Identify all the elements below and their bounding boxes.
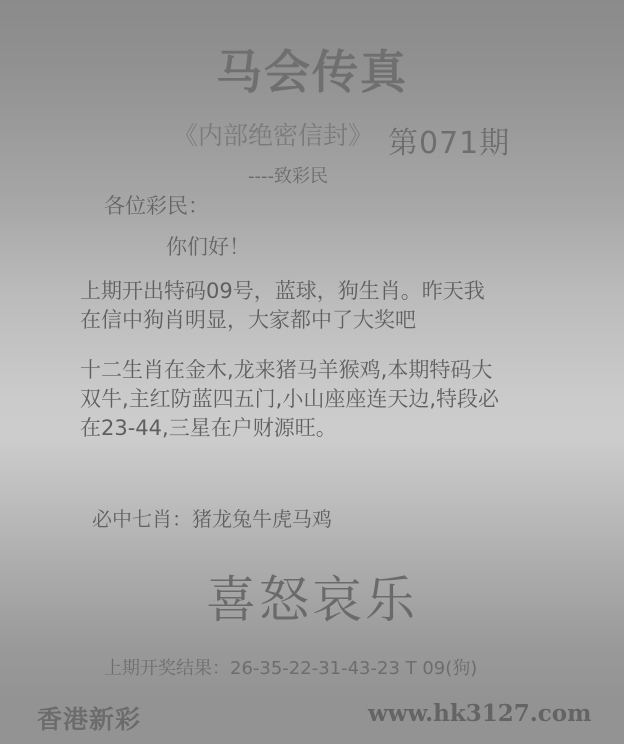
paragraph-last-result: 上期开出特码09号，蓝球，狗生肖。昨天我 在信中狗肖明显，大家都中了大奖吧 [80, 277, 570, 335]
paragraph-line: 上期开出特码09号，蓝球，狗生肖。昨天我 [80, 277, 570, 306]
paragraph-line: 在信中狗肖明显，大家都中了大奖吧 [80, 306, 570, 335]
last-draw-result: 上期开奖结果：26-35-22-31-43-23 T 09(狗) [104, 654, 477, 680]
emotion-heading: 喜怒哀乐 [0, 560, 624, 632]
paragraph-prediction: 十二生肖在金木,龙来猪马羊猴鸡,本期特码大 双牛,主红防蓝四五门,小山座座连天边… [80, 356, 570, 443]
issue-number: 第071期 [388, 118, 510, 162]
salutation: 各位彩民： [104, 190, 209, 220]
paragraph-line: 双牛,主红防蓝四五门,小山座座连天边,特段必 [80, 385, 570, 414]
page-title: 马会传真 [0, 36, 624, 102]
addressee-line: ----致彩民 [248, 162, 328, 188]
subtitle: 《内部绝密信封》 [173, 116, 373, 152]
website-link[interactable]: www.hk3127.com [368, 700, 591, 727]
brand-logo-text: 香港新彩 [37, 700, 141, 736]
paragraph-line: 十二生肖在金木,龙来猪马羊猴鸡,本期特码大 [80, 356, 570, 385]
greeting: 你们好！ [166, 231, 250, 261]
must-win-zodiacs: 必中七肖：猪龙兔牛虎马鸡 [92, 503, 332, 532]
paragraph-line: 在23-44,三星在户财源旺。 [80, 414, 570, 443]
